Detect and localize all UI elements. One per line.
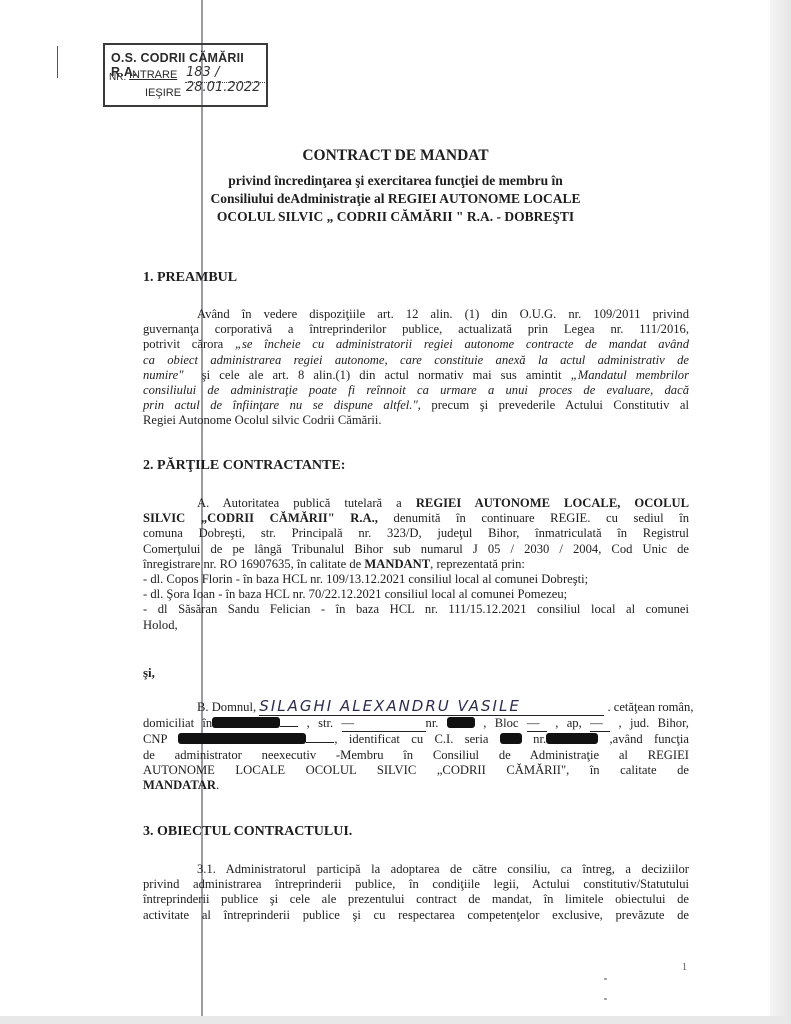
redacted-field (447, 717, 475, 728)
subtitle-line: Consiliului deAdministraţie al REGIEI AU… (0, 190, 770, 208)
section-heading-obiect: 3. OBIECTUL CONTRACTULUI. (143, 824, 352, 840)
scan-edge (770, 0, 791, 1024)
text-line: înregistrare nr. RO 16907635, în calitat… (143, 557, 689, 572)
party-b-paragraph: B. Domnul, SILAGHI ALEXANDRU VASILE . ce… (143, 699, 689, 793)
preambul-paragraph: Având în vedere dispoziţiile art. 12 ali… (143, 307, 689, 429)
text-line: întreprinderii publice şi cele ale preze… (143, 892, 689, 907)
scan-edge (0, 1016, 791, 1024)
representative-item: - dl Săsăran Sandu Felician - în baza HC… (143, 602, 689, 617)
text-line: AUTONOME LOCALE OCOLUL SILVIC „CODRII CĂ… (143, 763, 689, 778)
stamp-nr-label: NR. (109, 72, 126, 83)
scan-speck (604, 978, 607, 980)
stamp-outgoing-label: IEŞIRE (145, 87, 181, 99)
registration-stamp: O.S. CODRII CĂMĂRII R.A. NR. INTRARE 183… (103, 43, 268, 107)
text-line: activitate al întreprinderii publice şi … (143, 908, 689, 923)
section-heading-preambul: 1. PREAMBUL (143, 270, 237, 286)
stamp-dotted-line (185, 82, 265, 83)
document-title: CONTRACT DE MANDAT (0, 147, 770, 165)
handwritten-name: SILAGHI ALEXANDRU VASILE (259, 697, 521, 715)
representative-item: - dl. Şora Ioan - în baza HCL nr. 70/22.… (143, 587, 689, 602)
text-line: MANDATAR. (143, 778, 689, 793)
text-line: A. Autoritatea publică tutelară a REGIEI… (143, 496, 689, 511)
obiect-paragraph: 3.1. Administratorul participă la adopta… (143, 862, 689, 923)
text-line: comuna Dobreşti, str. Principală nr. 323… (143, 526, 689, 541)
text-line: numire" şi cele ale art. 8 alin.(1) din … (143, 368, 689, 383)
text-line: Având în vedere dispoziţiile art. 12 ali… (143, 307, 689, 322)
redacted-field (546, 733, 598, 744)
text-line: domiciliat în , str. —nr. , Bloc — , ap,… (143, 716, 689, 732)
text-line: B. Domnul, SILAGHI ALEXANDRU VASILE . ce… (143, 699, 689, 716)
representative-item: Holod, (143, 618, 689, 633)
subtitle-line: OCOLUL SILVIC „ CODRII CĂMĂRII " R.A. - … (0, 208, 770, 226)
redacted-field (178, 733, 306, 744)
scan-mark (57, 46, 58, 78)
subtitle-line: privind încredinţarea şi exercitarea fun… (0, 172, 770, 190)
text-line: guvernanţa corporativă a întreprinderilo… (143, 322, 689, 337)
text-line: consiliului de administraţie poate fi re… (143, 383, 689, 398)
text-line: privind administrarea întreprinderii pub… (143, 877, 689, 892)
representative-item: - dl. Copos Florin - în baza HCL nr. 109… (143, 572, 689, 587)
stamp-handwritten-entry: 183 / 28.01.2022 (186, 65, 266, 95)
text-line: ca obiect administrarea regiei autonome,… (143, 353, 689, 368)
text-line: CNP , identificat cu C.I. seria nr. ,avâ… (143, 732, 689, 747)
text-line: potrivit cărora „se încheie cu administr… (143, 337, 689, 352)
redacted-field (500, 733, 522, 744)
scan-speck (604, 998, 607, 1000)
stamp-incoming-label: INTRARE (129, 69, 177, 81)
text-line: Comerţului de pe lângă Tribunalul Bihor … (143, 542, 689, 557)
text-line: prin actul de înfiinţare nu se dispune a… (143, 398, 689, 413)
redacted-field (212, 717, 280, 728)
text-line: Regiei Autonome Ocolul silvic Codrii Căm… (143, 413, 689, 428)
page-number: 1 (682, 962, 687, 973)
document-subtitle: privind încredinţarea şi exercitarea fun… (0, 172, 770, 226)
party-a-paragraph: A. Autoritatea publică tutelară a REGIEI… (143, 496, 689, 633)
text-line: de administrator neexecutiv -Membru în C… (143, 748, 689, 763)
document-page: O.S. CODRII CĂMĂRII R.A. NR. INTRARE 183… (0, 0, 770, 1016)
text-line: 3.1. Administratorul participă la adopta… (143, 862, 689, 877)
text-line: SILVIC „CODRII CĂMĂRII" R.A., denumită î… (143, 511, 689, 526)
conjunction-text: şi, (143, 665, 155, 681)
section-heading-parti: 2. PĂRŢILE CONTRACTANTE: (143, 458, 345, 474)
